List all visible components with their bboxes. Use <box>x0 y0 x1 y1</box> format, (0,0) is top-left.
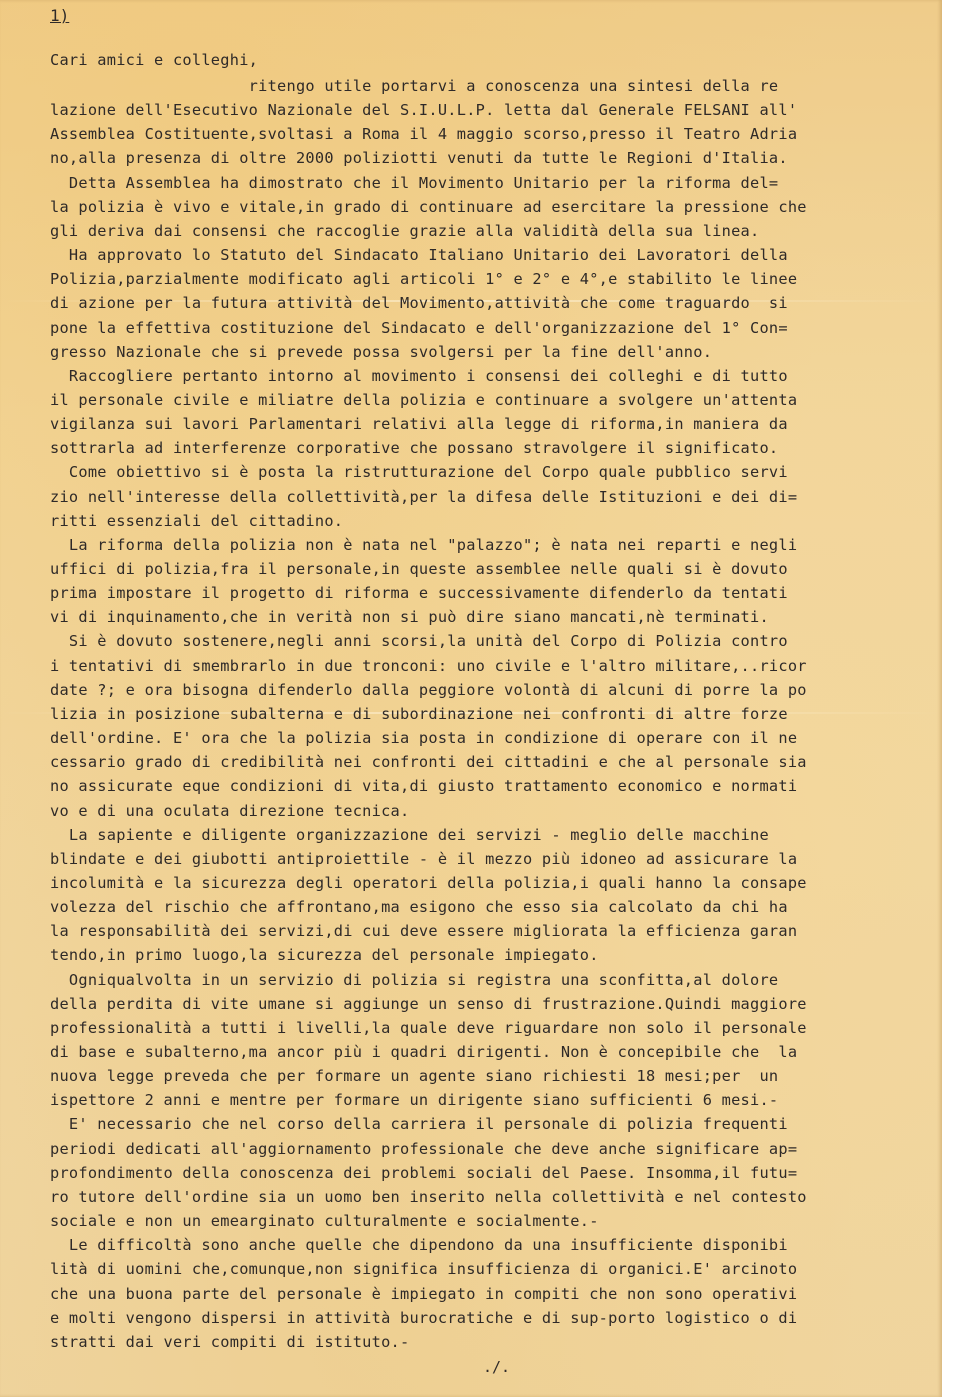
text-line: lità di uomini che,comunque,non signific… <box>50 1259 797 1279</box>
text-line: Si è dovuto sostenere,negli anni scorsi,… <box>50 631 788 651</box>
text-line: prima impostare il progetto di riforma e… <box>50 583 788 603</box>
text-line: lazione dell'Esecutivo Nazionale del S.I… <box>50 100 797 120</box>
text-line: Raccogliere pertanto intorno al moviment… <box>50 366 788 386</box>
text-line: i tentativi di smembrarlo in due troncon… <box>50 656 807 676</box>
text-line: ro tutore dell'ordine sia un uomo ben in… <box>50 1187 807 1207</box>
continuation-mark: ./. <box>483 1358 510 1376</box>
text-line: sociale e non un emearginato culturalmen… <box>50 1211 599 1231</box>
text-line: cessario grado di credibilità nei confro… <box>50 752 807 772</box>
text-line: Come obiettivo si è posta la ristruttura… <box>50 462 788 482</box>
text-line: e molti vengono dispersi in attività bur… <box>50 1308 797 1328</box>
text-line: dell'ordine. E' ora che la polizia sia p… <box>50 728 797 748</box>
text-line: incolumità e la sicurezza degli operator… <box>50 873 807 893</box>
text-line: della perdita di vite umane si aggiunge … <box>50 994 807 1014</box>
text-line: nuova legge preveda che per formare un a… <box>50 1066 778 1086</box>
text-line: La riforma della polizia non è nata nel … <box>50 535 797 555</box>
text-line: La sapiente e diligente organizzazione d… <box>50 825 769 845</box>
text-line: sottrarla ad interferenze corporative ch… <box>50 438 778 458</box>
text-line: vo e di una oculata direzione tecnica. <box>50 801 409 821</box>
text-line: vi di inquinamento,che in verità non si … <box>50 607 769 627</box>
text-line: gli deriva dai consensi che raccoglie gr… <box>50 221 759 241</box>
text-line: gresso Nazionale che si prevede possa sv… <box>50 342 712 362</box>
text-line: Le difficoltà sono anche quelle che dipe… <box>50 1235 788 1255</box>
text-line: pone la effettiva costituzione del Sinda… <box>50 318 788 338</box>
text-line: periodi dedicati all'aggiornamento profe… <box>50 1139 797 1159</box>
text-line: Detta Assemblea ha dimostrato che il Mov… <box>50 173 778 193</box>
text-line: ritti essenziali del cittadino. <box>50 511 343 531</box>
text-line: lizia in posizione subalterna e di subor… <box>50 704 788 724</box>
text-line: tendo,in primo luogo,la sicurezza del pe… <box>50 945 599 965</box>
text-line: Ha approvato lo Statuto del Sindacato It… <box>50 245 788 265</box>
text-line: uffici di polizia,fra il personale,in qu… <box>50 559 788 579</box>
text-line: Assemblea Costituente,svoltasi a Roma il… <box>50 124 797 144</box>
text-line: di azione per la futura attività del Mov… <box>50 293 788 313</box>
text-line: blindate e dei giubotti antiproiettile -… <box>50 849 797 869</box>
page-number: 1) <box>50 6 69 25</box>
text-line: di base e subalterno,ma ancor più i quad… <box>50 1042 797 1062</box>
text-line: ritengo utile portarvi a conoscenza una … <box>50 76 778 96</box>
text-line: la polizia è vivo e vitale,in grado di c… <box>50 197 807 217</box>
text-line: vigilanza sui lavori Parlamentari relati… <box>50 414 788 434</box>
text-line: zio nell'interesse della collettività,pe… <box>50 487 797 507</box>
text-line: date ?; e ora bisogna difenderlo dalla p… <box>50 680 807 700</box>
text-line: che una buona parte del personale è impi… <box>50 1284 797 1304</box>
text-line: la responsabilità dei servizi,di cui dev… <box>50 921 797 941</box>
text-line: professionalità a tutti i livelli,la qua… <box>50 1018 807 1038</box>
text-line: no,alla presenza di oltre 2000 poliziott… <box>50 148 788 168</box>
text-line: Polizia,parzialmente modificato agli art… <box>50 269 797 289</box>
salutation: Cari amici e colleghi, <box>50 50 258 70</box>
text-line: stratti dai veri compiti di istituto.- <box>50 1332 409 1352</box>
text-line: no assicurate eque condizioni di vita,di… <box>50 776 797 796</box>
text-line: profondimento della conoscenza dei probl… <box>50 1163 797 1183</box>
text-line: volezza del rischio che affrontano,ma es… <box>50 897 788 917</box>
text-line: il personale civile e miliatre della pol… <box>50 390 797 410</box>
text-line: Ogniqualvolta in un servizio di polizia … <box>50 970 778 990</box>
text-line: E' necessario che nel corso della carrie… <box>50 1114 788 1134</box>
text-line: ispettore 2 anni e mentre per formare un… <box>50 1090 778 1110</box>
